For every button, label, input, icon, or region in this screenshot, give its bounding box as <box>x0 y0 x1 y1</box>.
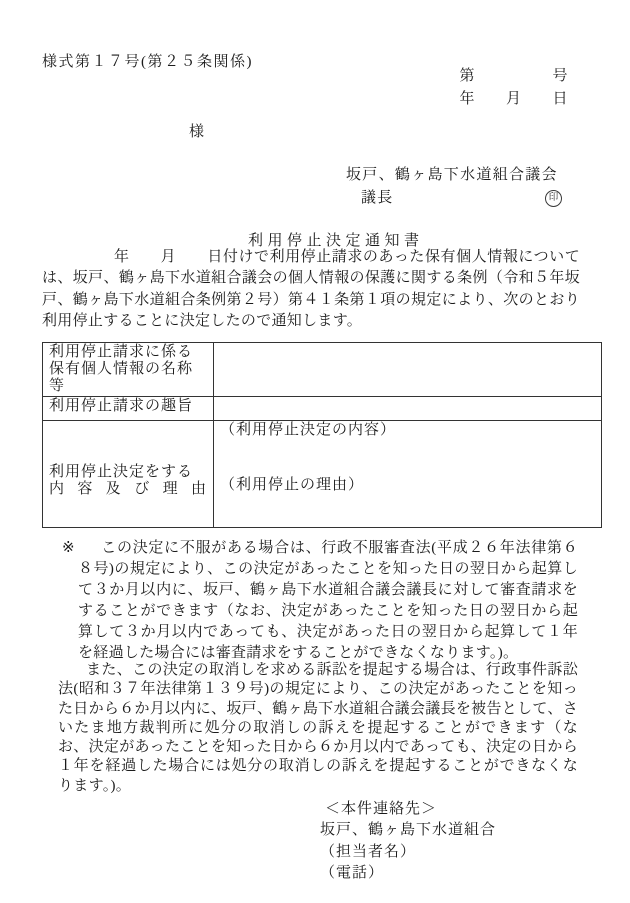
note-paragraph-appeal: ※この決定に不服がある場合は、行政不服審査法(平成２６年法律第６８号)の規定によ… <box>78 538 578 663</box>
contact-heading: ＜本件連絡先＞ <box>325 799 496 820</box>
contact-person: （担当者名） <box>320 842 496 863</box>
contact-organization: 坂戸、鶴ヶ島下水道組合 <box>320 820 496 841</box>
sender-block: 坂戸、鶴ヶ島下水道組合議会 議長 印 <box>346 164 562 209</box>
row3-value-content-caption: （利用停止決定の内容） <box>220 422 595 439</box>
row2-label: 利用停止請求の趣旨 <box>43 397 214 421</box>
contact-block: ＜本件連絡先＞ 坂戸、鶴ヶ島下水道組合 （担当者名） （電話） <box>320 799 496 884</box>
row3-label-line1: 利用停止決定をする <box>49 464 207 481</box>
sender-role: 議長 <box>361 187 394 209</box>
form-number: 様式第１７号(第２５条関係) <box>42 50 253 71</box>
row3-label-line2: 内容及び理由 <box>49 481 207 498</box>
sender-organization: 坂戸、鶴ヶ島下水道組合議会 <box>346 164 562 186</box>
row2-value-cell <box>214 397 602 421</box>
note-paragraph-lawsuit: また、この決定の取消しを求める訴訟を提起する場合は、行政事件訴訟法(昭和３７年法… <box>58 661 578 796</box>
contact-phone: （電話） <box>320 863 496 884</box>
table-row-request-purpose: 利用停止請求の趣旨 <box>43 397 602 421</box>
document-number-block: 第 号 年 月 日 <box>459 65 568 111</box>
row3-label-cell: 利用停止決定をする 内容及び理由 <box>43 421 214 528</box>
note-paragraph-appeal-text: この決定に不服がある場合は、行政不服審査法(平成２６年法律第６８号)の規定により… <box>78 540 578 661</box>
document-page: 様式第１７号(第２５条関係) 第 号 年 月 日 様 坂戸、鶴ヶ島下水道組合議会… <box>0 0 630 903</box>
row3-value-reason-caption: （利用停止の理由） <box>220 477 595 494</box>
seal-icon: 印 <box>545 190 562 207</box>
addressee-suffix: 様 <box>189 120 205 141</box>
row1-value-cell <box>214 343 602 397</box>
table-row-decision-content-reason: 利用停止決定をする 内容及び理由 （利用停止決定の内容） （利用停止の理由） <box>43 421 602 528</box>
row3-label: 利用停止決定をする 内容及び理由 <box>49 450 207 498</box>
row3-value-cell: （利用停止決定の内容） （利用停止の理由） <box>214 421 602 528</box>
row1-label: 利用停止請求に係る保有個人情報の名称等 <box>43 343 214 397</box>
document-number-line: 第 号 <box>459 65 568 88</box>
sender-role-line: 議長 印 <box>346 187 562 209</box>
document-date-line: 年 月 日 <box>459 88 568 111</box>
note-marker: ※ <box>62 540 75 556</box>
table-row-personal-info-name: 利用停止請求に係る保有個人情報の名称等 <box>43 343 602 397</box>
decision-table: 利用停止請求に係る保有個人情報の名称等 利用停止請求の趣旨 利用停止決定をする … <box>42 342 602 528</box>
body-paragraph: 年 月 日付けで利用停止請求のあった保有個人情報については、坂戸、鶴ヶ島下水道組… <box>42 247 580 332</box>
